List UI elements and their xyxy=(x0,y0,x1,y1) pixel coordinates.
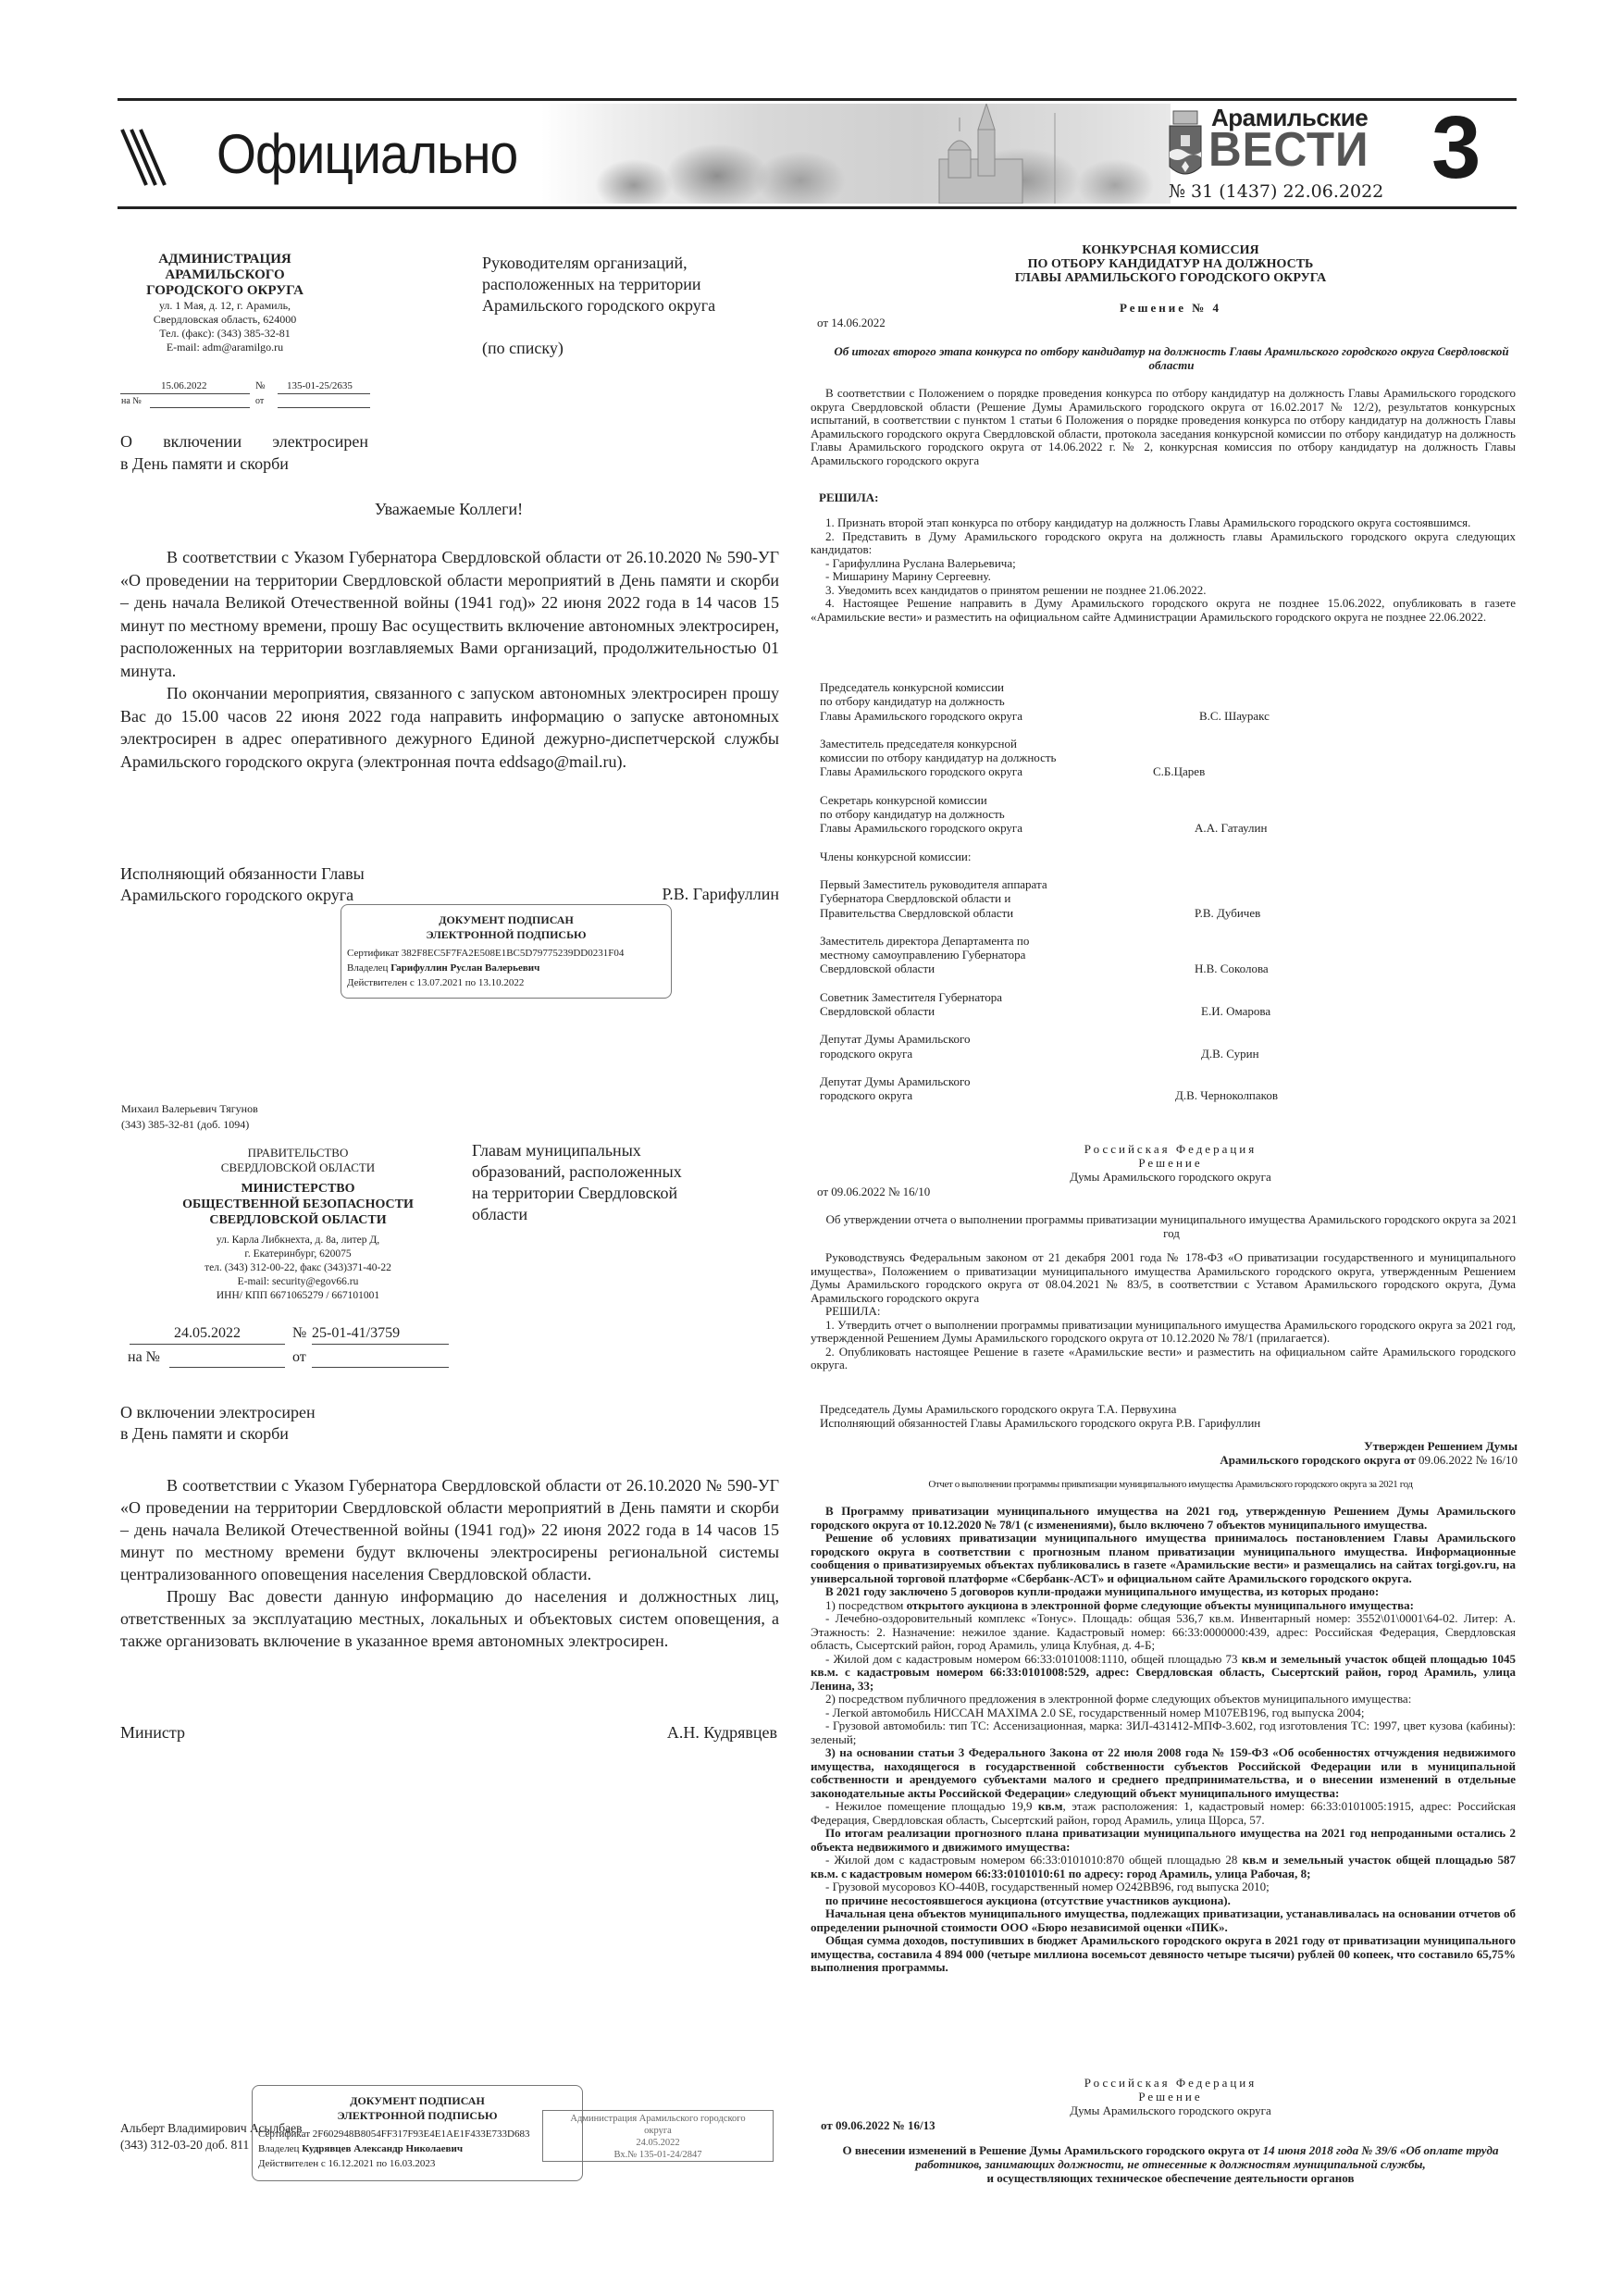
banner-photo xyxy=(541,104,1171,204)
body-paragraph: В соответствии с Указом Губернатора Свер… xyxy=(120,1474,779,1585)
subject-text: и осуществляющих техническое обеспечение… xyxy=(987,2171,1355,2185)
ref-underline xyxy=(150,407,250,408)
esig-cert: 382F8EC5F7FA2E508E1BC5D79775239DD0231F04 xyxy=(402,948,625,959)
report-text: 1) посредством xyxy=(825,1598,907,1612)
decision10-header: Российская Федерация Решение Думы Арамил… xyxy=(811,1142,1530,1184)
report-text-bold: кв.м xyxy=(1038,1799,1063,1813)
esig-heading: ЭЛЕКТРОННОЙ ПОДПИСЬЮ xyxy=(253,2108,582,2123)
decision-item: - Мишарину Марину Сергеевну. xyxy=(811,570,1516,584)
sender-address-line: Тел. (факс): (343) 385-32-81 xyxy=(122,327,328,341)
letter1-ref-no-label: № xyxy=(255,380,266,391)
sender-address-line: Свердловская область, 624000 xyxy=(122,313,328,327)
esig-owner: Гарифуллин Руслан Валерьевич xyxy=(390,962,539,974)
letter2-ref-date: 24.05.2022 xyxy=(174,1325,241,1342)
resolved-label: РЕШИЛА: xyxy=(811,1305,1516,1319)
addressee-line: расположенных на территории xyxy=(482,274,760,295)
report-paragraph: Начальная цена объектов муниципального и… xyxy=(811,1907,1516,1934)
header-line: Решение xyxy=(811,2090,1530,2104)
letter1-esignature-stamp: ДОКУМЕНТ ПОДПИСАН ЭЛЕКТРОННОЙ ПОДПИСЬЮ С… xyxy=(341,904,672,999)
masthead-top-rule xyxy=(118,98,1517,101)
letter2-esignature-stamp: ДОКУМЕНТ ПОДПИСАН ЭЛЕКТРОННОЙ ПОДПИСЬЮ С… xyxy=(252,2085,583,2181)
incoming-registration-stamp: Администрация Арамильского городского ок… xyxy=(542,2110,774,2162)
header-line: Думы Арамильского городского округа xyxy=(811,1170,1530,1184)
subject-text: О внесении изменений в Решение Думы Арам… xyxy=(843,2143,1263,2157)
header-line: ПО ОТБОРУ КАНДИДАТУР НА ДОЛЖНОСТЬ xyxy=(811,257,1530,271)
position-line: Главы Арамильского городского округа xyxy=(820,821,1097,835)
signature-line: Исполняющий обязанностей Главы Арамильск… xyxy=(820,1416,1260,1430)
stamp-line: Вх.№ 135-01-24/2847 xyxy=(543,2149,773,2161)
decision10-date: от 09.06.2022 № 16/10 xyxy=(817,1185,930,1199)
member-name: С.Б.Царев xyxy=(1153,764,1338,778)
sender-title-line: ГОРОДСКОГО ОКРУГА xyxy=(122,283,328,299)
members-label: Члены конкурсной комиссии: xyxy=(820,850,1338,863)
letter1-contact: Михаил Валерьевич Тягунов (343) 385-32-8… xyxy=(121,1101,258,1133)
letter1-body: В соответствии с Указом Губернатора Свер… xyxy=(120,546,779,773)
position-line: Заместитель председателя конкурсной xyxy=(820,737,1116,751)
addressee-line: области xyxy=(472,1204,740,1225)
privatization-report: В Программу приватизации муниципального … xyxy=(811,1505,1516,1975)
position-line: Заместитель директора Департамента по xyxy=(820,934,1097,948)
subject-word: электросирен xyxy=(272,430,368,453)
member-name: Е.И. Омарова xyxy=(1153,1004,1338,1018)
brand-name-big: ВЕСТИ xyxy=(1208,126,1369,174)
position-line: Депутат Думы Арамильского xyxy=(820,1074,1097,1088)
report-paragraph: В 2021 году заключено 5 договоров купли-… xyxy=(811,1585,1516,1599)
ref-underline xyxy=(312,1367,449,1368)
member-name: Д.В. Сурин xyxy=(1153,1047,1338,1061)
report-paragraph: по причине несостоявшегося аукциона (отс… xyxy=(811,1894,1516,1908)
position-line: Первый Заместитель руководителя аппарата xyxy=(820,877,1097,891)
decision4-date: от 14.06.2022 xyxy=(817,316,886,330)
signatory-line: Арамильского городского округа xyxy=(120,885,365,906)
section-title: Официально xyxy=(217,122,517,186)
report-paragraph: - Грузовой автомобиль: тип ТС: Ассенизац… xyxy=(811,1719,1516,1746)
addressee-line: на территории Свердловской xyxy=(472,1183,740,1204)
letter2-signatory-title: Министр xyxy=(120,1723,185,1743)
letter1-from-label: от xyxy=(255,396,264,406)
approval-line-bold: Арамильского городского округа от xyxy=(1220,1453,1415,1467)
member-row: Заместитель директора Департамента помес… xyxy=(820,934,1338,976)
officer-row: Секретарь конкурсной комиссиипо отбору к… xyxy=(820,793,1338,836)
address-line: г. Екатеринбург, 620075 xyxy=(178,1247,418,1261)
preamble-paragraph: В соответствии с Положением о порядке пр… xyxy=(811,387,1516,467)
ref-underline xyxy=(120,393,250,394)
page-number: 3 xyxy=(1431,104,1481,192)
esig-valid: Действителен с 16.12.2021 по 16.03.2023 xyxy=(253,2156,582,2171)
addressee-line: Руководителям организаций, xyxy=(482,253,760,274)
signatory-line: Исполняющий обязанности Главы xyxy=(120,863,365,885)
report-text: - Жилой дом с кадастровым номером 66:33:… xyxy=(825,1652,1242,1666)
stamp-line: округа xyxy=(543,2125,773,2137)
esig-valid: Действителен с 13.07.2021 по 13.10.2022 xyxy=(341,975,671,990)
report-text-bold: открытого аукциона в электронной форме с… xyxy=(907,1598,1414,1612)
contact-name: Михаил Валерьевич Тягунов xyxy=(121,1101,258,1117)
ref-underline xyxy=(130,1344,285,1345)
decision4-title: Решение № 4 xyxy=(811,301,1530,316)
decision13-subject: О внесении изменений в Решение Думы Арам… xyxy=(811,2143,1530,2185)
letter2-body: В соответствии с Указом Губернатора Свер… xyxy=(120,1474,779,1652)
subject-line: в День памяти и скорби xyxy=(120,453,368,475)
decision4-resolved-label: РЕШИЛА: xyxy=(819,490,878,505)
decision10-body: Руководствуясь Федеральным законом от 21… xyxy=(811,1251,1516,1372)
letter2-in-reply-label: на № xyxy=(128,1349,160,1366)
position-line: Главы Арамильского городского округа xyxy=(820,709,1097,723)
decision10-signatures: Председатель Думы Арамильского городског… xyxy=(820,1402,1260,1430)
addressee-line: Главам муниципальных xyxy=(472,1140,740,1161)
addressee-line: образований, расположенных xyxy=(472,1161,740,1183)
report-text: - Жилой дом с кадастровым номером 66:33:… xyxy=(825,1853,1243,1867)
letter2-subject: О включении электросирен в День памяти и… xyxy=(120,1402,316,1445)
header-line: Российская Федерация xyxy=(811,1142,1530,1156)
ministry-line: ОБЩЕСТВЕННОЙ БЕЗОПАСНОСТИ xyxy=(178,1197,418,1212)
approval-note: Утвержден Решением Думы Арамильского гор… xyxy=(1018,1439,1518,1467)
decision4-header: КОНКУРСНАЯ КОМИССИЯ ПО ОТБОРУ КАНДИДАТУР… xyxy=(811,243,1530,285)
letter2-sender-block: ПРАВИТЕЛЬСТВО СВЕРДЛОВСКОЙ ОБЛАСТИ МИНИС… xyxy=(178,1146,418,1303)
decision-item: 4. Настоящее Решение направить в Думу Ар… xyxy=(811,597,1516,624)
approval-line: Утвержден Решением Думы xyxy=(1018,1439,1518,1453)
esig-cert-label: Сертификат xyxy=(258,2128,310,2140)
header-line: КОНКУРСНАЯ КОМИССИЯ xyxy=(811,243,1530,257)
preamble-paragraph: Руководствуясь Федеральным законом от 21… xyxy=(811,1251,1516,1305)
esig-owner-label: Владелец xyxy=(258,2143,299,2154)
letter1-ref-date: 15.06.2022 xyxy=(161,380,207,391)
sender-email: E-mail: adm@aramilgo.ru xyxy=(122,341,328,354)
stamp-line: Администрация Арамильского городского xyxy=(543,2113,773,2125)
decision-item: - Гарифуллина Руслана Валерьевича; xyxy=(811,557,1516,571)
report-paragraph: - Лечебно-оздоровительный комплекс «Тону… xyxy=(811,1612,1516,1653)
decision-item: 2. Опубликовать настоящее Решение в газе… xyxy=(811,1346,1516,1372)
esig-owner: Кудрявцев Александр Николаевич xyxy=(302,2143,463,2154)
contact-phone: (343) 385-32-81 (доб. 1094) xyxy=(121,1117,258,1133)
decision13-date: от 09.06.2022 № 16/13 xyxy=(821,2118,935,2133)
header-line: ГЛАВЫ АРАМИЛЬСКОГО ГОРОДСКОГО ОКРУГА xyxy=(811,271,1530,285)
esig-cert: 2F602948B8054FF317F93E4E1AE1F433E733D683 xyxy=(313,2128,530,2140)
position-line: по отбору кандидатур на должность xyxy=(820,807,1097,821)
letter1-subject: О включении электросирен в День памяти и… xyxy=(120,430,368,475)
ref-underline xyxy=(169,1367,285,1368)
member-name: А.А. Гатаулин xyxy=(1153,821,1338,835)
body-paragraph: По окончании мероприятия, связанного с з… xyxy=(120,682,779,773)
sender-title-line: АДМИНИСТРАЦИЯ xyxy=(122,252,328,267)
position-line: Депутат Думы Арамильского xyxy=(820,1032,1097,1046)
sender-address-line: ул. 1 Мая, д. 12, г. Арамиль, xyxy=(122,299,328,313)
letter1-signatory-title: Исполняющий обязанности Главы Арамильско… xyxy=(120,863,365,906)
position-line: местному самоуправлению Губернатора xyxy=(820,948,1097,962)
position-line: городского округа xyxy=(820,1088,1097,1102)
decision-item: 1. Признать второй этап конкурса по отбо… xyxy=(811,516,1516,530)
decision-item: 2. Представить в Думу Арамильского город… xyxy=(811,530,1516,557)
letter2-ref-number: 25-01-41/3759 xyxy=(312,1325,400,1342)
ref-underline xyxy=(312,1344,449,1345)
member-name: Н.В. Соколова xyxy=(1153,962,1338,975)
letter1-ref-number: 135-01-25/2635 xyxy=(287,380,353,391)
report-paragraph: Общая сумма доходов, поступивших в бюдже… xyxy=(811,1934,1516,1975)
commission-members-list: Председатель конкурсной комиссиипо отбор… xyxy=(820,680,1338,1117)
letter1-sender-block: АДМИНИСТРАЦИЯ АРАМИЛЬСКОГО ГОРОДСКОГО ОК… xyxy=(122,252,328,354)
letter1-addressee: Руководителям организаций, расположенных… xyxy=(482,253,760,359)
body-paragraph: Прошу Вас довести данную информацию до н… xyxy=(120,1585,779,1652)
address-line: E-mail: security@egov66.ru xyxy=(178,1275,418,1289)
address-line: ул. Карла Либкнехта, д. 8а, литер Д, xyxy=(178,1234,418,1247)
member-name: Д.В. Чернокол­паков xyxy=(1153,1088,1338,1102)
decision4-preamble: В соответствии с Положением о порядке пр… xyxy=(811,387,1516,467)
letter2-addressee: Главам муниципальных образований, распол… xyxy=(472,1140,740,1225)
member-row: Депутат Думы Арамильскогогородского окру… xyxy=(820,1032,1338,1061)
position-line: Секретарь конкурсной комиссии xyxy=(820,793,1097,807)
decision-item: 3. Уведомить всех кандидатов о принятом … xyxy=(811,584,1516,598)
report-paragraph: - Легкой автомобиль НИССАН MAXIMA 2.0 SE… xyxy=(811,1706,1516,1720)
church-illustration xyxy=(541,104,1171,204)
letter2-from-label: от xyxy=(292,1349,306,1366)
addressee-note: (по списку) xyxy=(482,338,760,359)
report-paragraph: В Программу приватизации муниципального … xyxy=(811,1505,1516,1532)
subject-word: О xyxy=(120,430,132,453)
ministry-line: СВЕРДЛОВСКОЙ ОБЛАСТИ xyxy=(178,1212,418,1228)
addressee-line: Арамильского городского округа xyxy=(482,295,760,316)
triple-slash-icon xyxy=(118,128,174,187)
masthead-bottom-rule xyxy=(118,206,1517,209)
position-line: Свердловской области xyxy=(820,962,1097,975)
officer-row: Заместитель председателя конкурснойкомис… xyxy=(820,737,1338,779)
letter1-signatory-name: Р.В. Гарифуллин xyxy=(662,885,779,904)
subject-word: включении xyxy=(163,430,242,453)
stamp-line: 24.05.2022 xyxy=(543,2137,773,2149)
decision10-subject: Об утверждении отчета о выполнении прогр… xyxy=(824,1212,1519,1240)
position-line: Свердловской области xyxy=(820,1004,1097,1018)
position-line: Председатель конкурсной комиссии xyxy=(820,680,1097,694)
position-line: по отбору кандидатур на должность xyxy=(820,694,1097,708)
letter2-ref-no-label: № xyxy=(292,1325,306,1342)
gov-line: ПРАВИТЕЛЬСТВО xyxy=(178,1146,418,1160)
letter1-in-reply-label: на № xyxy=(121,396,142,406)
report-text: - Нежилое помещение площадью 19,9 xyxy=(825,1799,1038,1813)
address-line: ИНН/ КПП 6671065279 / 667101001 xyxy=(178,1289,418,1303)
body-paragraph: В соответствии с Указом Губернатора Свер… xyxy=(120,546,779,682)
report-paragraph: По итогам реализации прогнозного плана п… xyxy=(811,1827,1516,1854)
ministry-line: МИНИСТЕРСТВО xyxy=(178,1181,418,1197)
esig-heading: ДОКУМЕНТ ПОДПИСАН xyxy=(341,912,671,927)
esig-cert-label: Сертификат xyxy=(347,948,399,959)
header-line: Российская Федерация xyxy=(811,2076,1530,2090)
report-title: Отчет о выполнении программы приватизаци… xyxy=(811,1479,1530,1490)
header-line: Решение xyxy=(811,1156,1530,1170)
position-line: Правительства Свердловской области xyxy=(820,906,1097,920)
approval-line-tail: 09.06.2022 № 16/10 xyxy=(1416,1453,1518,1467)
report-paragraph: Решение об условиях приватизации муницип… xyxy=(811,1532,1516,1585)
decision4-items: 1. Признать второй этап конкурса по отбо… xyxy=(811,516,1516,624)
header-line: Думы Арамильского городского округа xyxy=(811,2104,1530,2117)
member-row: Депутат Думы Арамильскогогородского окру… xyxy=(820,1074,1338,1103)
signature-line: Председатель Думы Арамильского городског… xyxy=(820,1402,1260,1416)
address-line: тел. (343) 312-00-22, факс (343)371-40-2… xyxy=(178,1261,418,1275)
member-name: Р.В. Дубичев xyxy=(1153,906,1338,920)
gov-line: СВЕРДЛОВСКОЙ ОБЛАСТИ xyxy=(178,1160,418,1175)
member-row: Первый Заместитель руководителя аппарата… xyxy=(820,877,1338,920)
letter1-greeting: Уважаемые Коллеги! xyxy=(120,500,777,519)
sender-title-line: АРАМИЛЬСКОГО xyxy=(122,267,328,283)
position-line: Губернатора Свердловской области и xyxy=(820,891,1097,905)
position-line: городского округа xyxy=(820,1047,1097,1061)
position-line: Главы Арамильского городского округа xyxy=(820,764,1116,778)
esig-owner-label: Владелец xyxy=(347,962,388,974)
officer-row: Председатель конкурсной комиссиипо отбор… xyxy=(820,680,1338,723)
member-name: В.С. Шауракс xyxy=(1153,709,1338,723)
coat-of-arms-icon xyxy=(1168,109,1203,183)
subject-line: О включении электросирен xyxy=(120,1402,316,1423)
report-paragraph: - Грузовой мусоровоз КО-440В, государств… xyxy=(811,1880,1516,1894)
position-line: комиссии по отбору кандидатур на должнос… xyxy=(820,751,1116,764)
decision13-header: Российская Федерация Решение Думы Арамил… xyxy=(811,2076,1530,2117)
position-line: Советник Заместителя Губернатора xyxy=(820,990,1097,1004)
esig-heading: ДОКУМЕНТ ПОДПИСАН xyxy=(253,2093,582,2108)
letter2-signatory-name: А.Н. Кудрявцев xyxy=(667,1723,777,1743)
subject-line: в День памяти и скорби xyxy=(120,1423,316,1445)
ref-underline xyxy=(278,393,370,394)
ref-underline xyxy=(278,407,370,408)
report-paragraph: 3) на основании статьи 3 Федерального За… xyxy=(811,1746,1516,1800)
decision4-subject: Об итогах второго этапа конкурса по отбо… xyxy=(824,344,1519,372)
issue-number-date: № 31 (1437) 22.06.2022 xyxy=(1169,181,1383,202)
report-paragraph: 2) посредством публичного предложения в … xyxy=(811,1693,1516,1706)
esig-heading: ЭЛЕКТРОННОЙ ПОДПИСЬЮ xyxy=(341,927,671,942)
member-row: Советник Заместителя ГубернатораСвердлов… xyxy=(820,990,1338,1019)
decision-item: 1. Утвердить отчет о выполнении программ… xyxy=(811,1319,1516,1346)
